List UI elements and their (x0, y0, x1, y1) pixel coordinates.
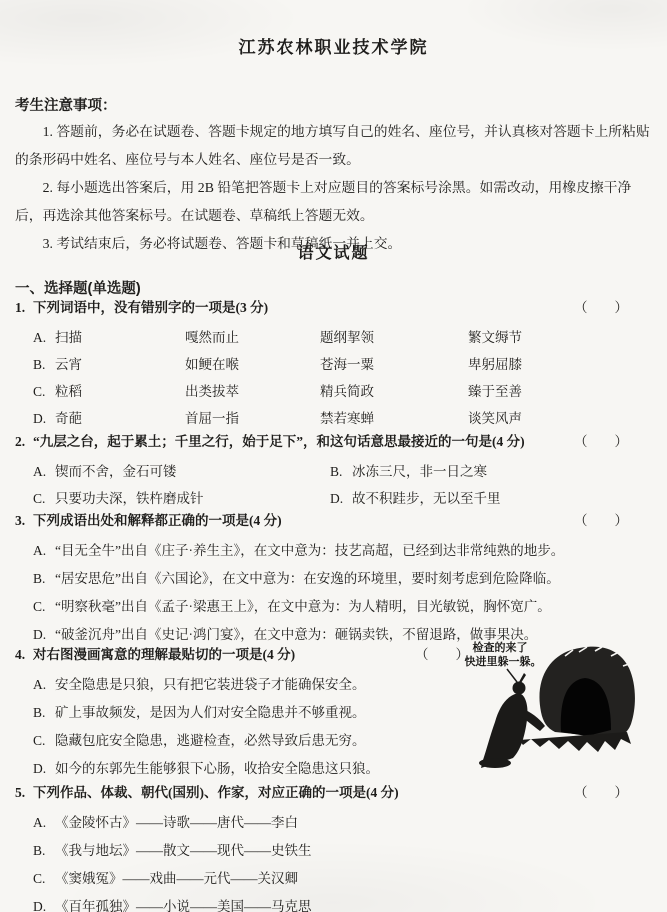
option-text: 安全隐患是只狼，只有把它装进袋子才能确保安全。 (55, 677, 366, 692)
option-label: B. (33, 570, 55, 588)
cartoon-speech-line-2: 快进里躲一躲。 (465, 654, 542, 668)
question-stem: “九层之台，起于累土；千里之行，始于足下”，和这句话意思最接近的一句是(4 分) (33, 434, 525, 449)
dongguo-figure (479, 673, 545, 768)
question-2-stem-line: 2.“九层之台，起于累土；千里之行，始于足下”，和这句话意思最接近的一句是(4 … (15, 433, 660, 451)
option-text: 《窦娥冤》——戏曲——元代——关汉卿 (55, 871, 298, 886)
option-text: 《我与地坛》——散文——现代——史铁生 (55, 843, 312, 858)
option-row-a: A.扫描 嘎然而止 题纲挈领 繁文缛节 (15, 329, 660, 347)
option-text: 冰冻三尺，非一日之寒 (352, 464, 487, 479)
exam-paper-page: 江苏农林职业技术学院 考生注意事项： 1. 答题前，务必在试题卷、答题卡规定的地… (0, 0, 667, 912)
question-5: 5.下列作品、体裁、朝代(国别)、作家，对应正确的一项是(4 分) （ ） A.… (15, 784, 660, 912)
safety-cartoon-illustration: 检查的来了 快进里躲一躲。 (455, 638, 640, 778)
notice-item-1: 1. 答题前，务必在试题卷、答题卡规定的地方填写自己的姓名、座位号，并认真核对答… (15, 118, 657, 174)
notice-section: 考生注意事项： 1. 答题前，务必在试题卷、答题卡规定的地方填写自己的姓名、座位… (15, 94, 657, 258)
option-cell: D.奇葩 (33, 410, 185, 428)
option-word: 卑躬屈膝 (468, 356, 660, 374)
option-label: A. (33, 463, 55, 481)
question-stem: 对右图漫画寓意的理解最贴切的一项是(4 分) (33, 647, 295, 662)
option-text: 隐藏包庇安全隐患，逃避检查，必然导致后患无穷。 (55, 733, 366, 748)
option-label: D. (33, 760, 55, 778)
question-number: 4. (15, 646, 33, 664)
option-label: B. (33, 842, 55, 860)
question-number: 1. (15, 299, 33, 317)
question-number: 3. (15, 512, 33, 530)
option-b: B.冰冻三尺，非一日之寒 (330, 463, 660, 481)
option-word: 题纲挈领 (320, 329, 468, 347)
question-2: 2.“九层之台，起于累土；千里之行，始于足下”，和这句话意思最接近的一句是(4 … (15, 433, 660, 508)
option-text: 如今的东郭先生能够狠下心肠，收拾安全隐患这只狼。 (55, 761, 379, 776)
option-label: D. (33, 626, 55, 644)
answer-blank: （ ） (574, 512, 628, 530)
kiln-mound (539, 647, 634, 738)
option-word: 出类拔萃 (185, 383, 320, 401)
option-label: B. (33, 704, 55, 722)
option-word: 臻于至善 (468, 383, 660, 401)
option-cell: B.云宵 (33, 356, 185, 374)
answer-blank: （ ） (574, 433, 628, 451)
option-label: B. (33, 356, 55, 374)
option-word: 繁文缛节 (468, 329, 660, 347)
option-d: D.如今的东郭先生能够狠下心肠，收拾安全隐患这只狼。 (15, 760, 463, 778)
option-text: 《百年孤独》——小说——美国——马克思 (55, 899, 312, 912)
option-word: 嘎然而止 (185, 329, 320, 347)
question-5-stem-line: 5.下列作品、体裁、朝代(国别)、作家，对应正确的一项是(4 分) （ ） (15, 784, 660, 802)
option-text: 矿上事故频发，是因为人们对安全隐患并不够重视。 (55, 705, 366, 720)
option-a: A.锲而不舍，金石可镂 (33, 463, 330, 481)
question-stem: 下列词语中，没有错别字的一项是(3 分) (33, 300, 268, 315)
option-label: D. (33, 410, 55, 428)
question-1: 1.下列词语中，没有错别字的一项是(3 分) （ ） A.扫描 嘎然而止 题纲挈… (15, 299, 660, 428)
question-number: 5. (15, 784, 33, 802)
option-label: C. (33, 870, 55, 888)
option-cell: C.粒稻 (33, 383, 185, 401)
option-label: A. (33, 329, 55, 347)
question-stem: 下列作品、体裁、朝代(国别)、作家，对应正确的一项是(4 分) (33, 785, 399, 800)
option-word: 如鲠在喉 (185, 356, 320, 374)
option-label: D. (330, 490, 352, 508)
option-label: B. (330, 463, 352, 481)
option-d: D.故不积跬步，无以至千里 (330, 490, 660, 508)
option-a: A.《金陵怀古》——诗歌——唐代——李白 (15, 814, 660, 832)
question-4: 4.对右图漫画寓意的理解最贴切的一项是(4 分) （ ） A.安全隐患是只狼，只… (15, 646, 660, 778)
option-cell: A.扫描 (33, 329, 185, 347)
answer-blank: （ ） (574, 299, 628, 317)
cartoon-speech-line-1: 检查的来了 (473, 640, 528, 654)
option-label: C. (33, 732, 55, 750)
option-word: 云宵 (55, 357, 82, 372)
option-text: 《金陵怀古》——诗歌——唐代——李白 (55, 815, 298, 830)
option-b: B.矿上事故频发，是因为人们对安全隐患并不够重视。 (15, 704, 463, 722)
option-text: 只要功夫深，铁杵磨成针 (55, 491, 204, 506)
option-text: 故不积跬步，无以至千里 (352, 491, 501, 506)
option-label: A. (33, 814, 55, 832)
notice-item-2: 2. 每小题选出答案后，用 2B 铅笔把答题卡上对应题目的答案标号涂黑。如需改动… (15, 174, 657, 230)
answer-blank: （ ） (574, 784, 628, 802)
school-title: 江苏农林职业技术学院 (0, 33, 667, 58)
option-c: C.只要功夫深，铁杵磨成针 (33, 490, 330, 508)
option-label: C. (33, 598, 55, 616)
question-3-stem-line: 3.下列成语出处和解释都正确的一项是(4 分) （ ） (15, 512, 660, 530)
option-label: A. (33, 676, 55, 694)
option-row-b: B.云宵 如鲠在喉 苍海一粟 卑躬屈膝 (15, 356, 660, 374)
option-word: 苍海一粟 (320, 356, 468, 374)
option-label: C. (33, 383, 55, 401)
exam-title: 语文试题 (0, 240, 667, 263)
option-c: C.“明察秋毫”出自《孟子·梁惠王上》，在文中意为：为人精明，目光敏锐，胸怀宽广… (15, 598, 660, 616)
question-number: 2. (15, 433, 33, 451)
option-c: C.《窦娥冤》——戏曲——元代——关汉卿 (15, 870, 660, 888)
option-text: “目无全牛”出自《庄子·养生主》，在文中意为：技艺高超，已经到达非常纯熟的地步。 (55, 543, 564, 558)
option-d: D.《百年孤独》——小说——美国——马克思 (15, 898, 660, 912)
option-word: 扫描 (55, 330, 82, 345)
option-label: D. (33, 898, 55, 912)
option-word: 禁若寒蝉 (320, 410, 468, 428)
option-row-c: C.粒稻 出类拔萃 精兵简政 臻于至善 (15, 383, 660, 401)
option-word: 首屈一指 (185, 410, 320, 428)
wolf-brush-scrub (519, 732, 631, 752)
option-b: B.“居安思危”出自《六国论》，在文中意为：在安逸的环境里，要时刻考虑到危险降临… (15, 570, 660, 588)
option-label: C. (33, 490, 55, 508)
speech-leader-line (507, 669, 517, 682)
option-word: 奇葩 (55, 411, 82, 426)
question-3: 3.下列成语出处和解释都正确的一项是(4 分) （ ） A.“目无全牛”出自《庄… (15, 512, 660, 644)
option-b: B.《我与地坛》——散文——现代——史铁生 (15, 842, 660, 860)
section-heading: 一、选择题(单选题) (15, 277, 141, 298)
option-word: 粒稻 (55, 384, 82, 399)
notice-heading: 考生注意事项： (15, 94, 657, 115)
option-text: 锲而不舍，金石可镂 (55, 464, 177, 479)
question-stem: 下列成语出处和解释都正确的一项是(4 分) (33, 513, 282, 528)
option-text: “明察秋毫”出自《孟子·梁惠王上》，在文中意为：为人精明，目光敏锐，胸怀宽广。 (55, 599, 551, 614)
option-label: A. (33, 542, 55, 560)
option-row-d: D.奇葩 首屈一指 禁若寒蝉 谈笑风声 (15, 410, 660, 428)
option-a: A.安全隐患是只狼，只有把它装进袋子才能确保安全。 (15, 676, 463, 694)
question-1-stem-line: 1.下列词语中，没有错别字的一项是(3 分) （ ） (15, 299, 660, 317)
option-word: 精兵简政 (320, 383, 468, 401)
option-text: “居安思危”出自《六国论》，在文中意为：在安逸的环境里，要时刻考虑到危险降临。 (55, 571, 560, 586)
question-2-options: A.锲而不舍，金石可镂 B.冰冻三尺，非一日之寒 C.只要功夫深，铁杵磨成针 D… (15, 463, 660, 508)
option-word: 谈笑风声 (468, 410, 660, 428)
option-a: A.“目无全牛”出自《庄子·养生主》，在文中意为：技艺高超，已经到达非常纯熟的地… (15, 542, 660, 560)
option-c: C.隐藏包庇安全隐患，逃避检查，必然导致后患无穷。 (15, 732, 463, 750)
